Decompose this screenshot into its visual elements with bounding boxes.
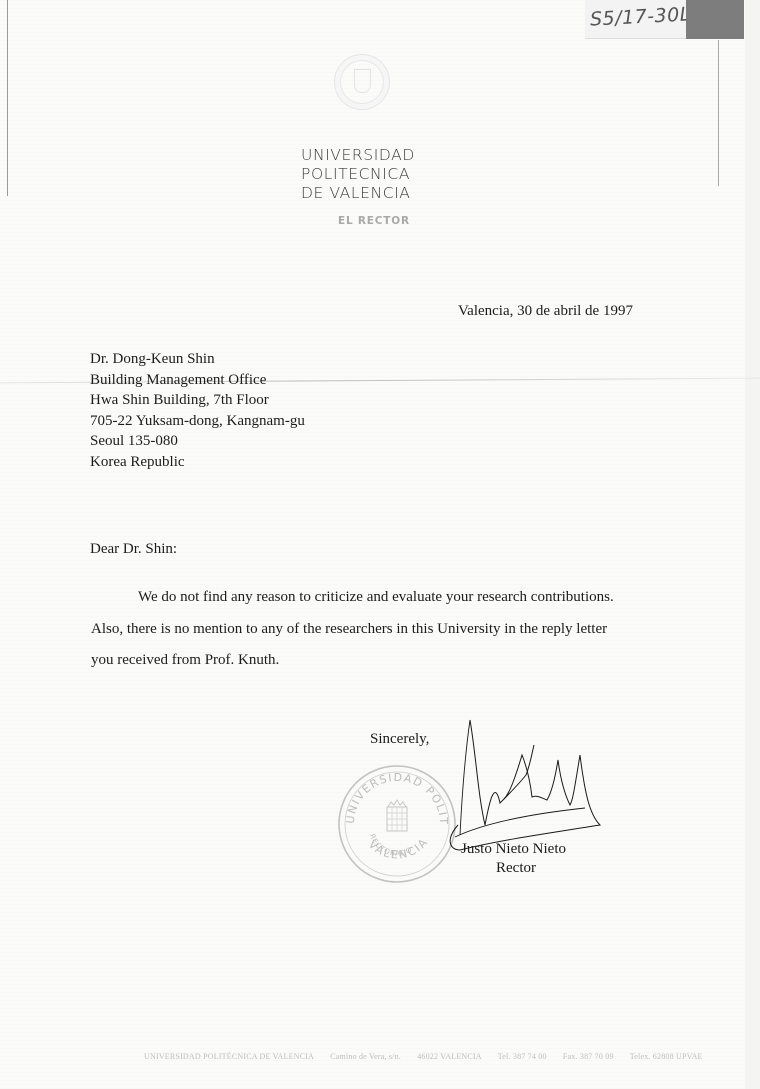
footer-item: Camino de Vera, s/n. [330, 1052, 401, 1061]
address-line: Hwa Shin Building, 7th Floor [90, 390, 305, 411]
address-line: Dr. Dong-Keun Shin [90, 349, 305, 370]
svg-text:VALENCIA: VALENCIA [366, 835, 431, 862]
letter-body: We do not find any reason to criticize a… [91, 582, 651, 677]
letterhead-office: EL RECTOR [338, 215, 410, 227]
footer-item: Tel. 387 74 00 [498, 1052, 547, 1061]
stamp-bottom-text: VALENCIA [366, 835, 431, 862]
left-page-edge [7, 0, 8, 196]
address-line: Building Management Office [90, 370, 305, 391]
signer-name: Justo Nieto Nieto [461, 841, 566, 858]
date-line: Valencia, 30 de abril de 1997 [458, 303, 633, 320]
letterhead-institution: UNIVERSIDAD POLITECNICA DE VALENCIA [301, 146, 415, 203]
footer-item: Telex. 62808 UPVAE [630, 1052, 703, 1061]
footer-item: 46022 VALENCIA [417, 1052, 482, 1061]
address-line: Seoul 135-080 [90, 431, 305, 452]
institution-line: POLITECNICA [301, 165, 415, 184]
letterhead-footer: UNIVERSIDAD POLITÉCNICA DE VALENCIA Cami… [144, 1052, 717, 1061]
university-crest-icon [334, 54, 390, 110]
recipient-address: Dr. Dong-Keun Shin Building Management O… [90, 349, 305, 472]
scanner-marker-block [686, 0, 744, 39]
right-page-edge [718, 40, 719, 186]
closing: Sincerely, [370, 731, 429, 748]
scan-margin [745, 0, 760, 1089]
signer-title: Rector [496, 860, 536, 877]
body-line: We do not find any reason to criticize a… [91, 582, 651, 614]
address-line: Korea Republic [90, 452, 305, 473]
handwritten-signature [440, 715, 615, 855]
footer-item: Fax. 387 70 09 [563, 1052, 614, 1061]
body-line: you received from Prof. Knuth. [91, 645, 651, 677]
body-line: Also, there is no mention to any of the … [91, 614, 651, 646]
institution-line: UNIVERSIDAD [301, 146, 415, 165]
footer-item: UNIVERSIDAD POLITÉCNICA DE VALENCIA [144, 1052, 314, 1061]
salutation: Dear Dr. Shin: [90, 541, 177, 558]
address-line: 705-22 Yuksam-dong, Kangnam-gu [90, 411, 305, 432]
institution-line: DE VALENCIA [301, 184, 415, 203]
